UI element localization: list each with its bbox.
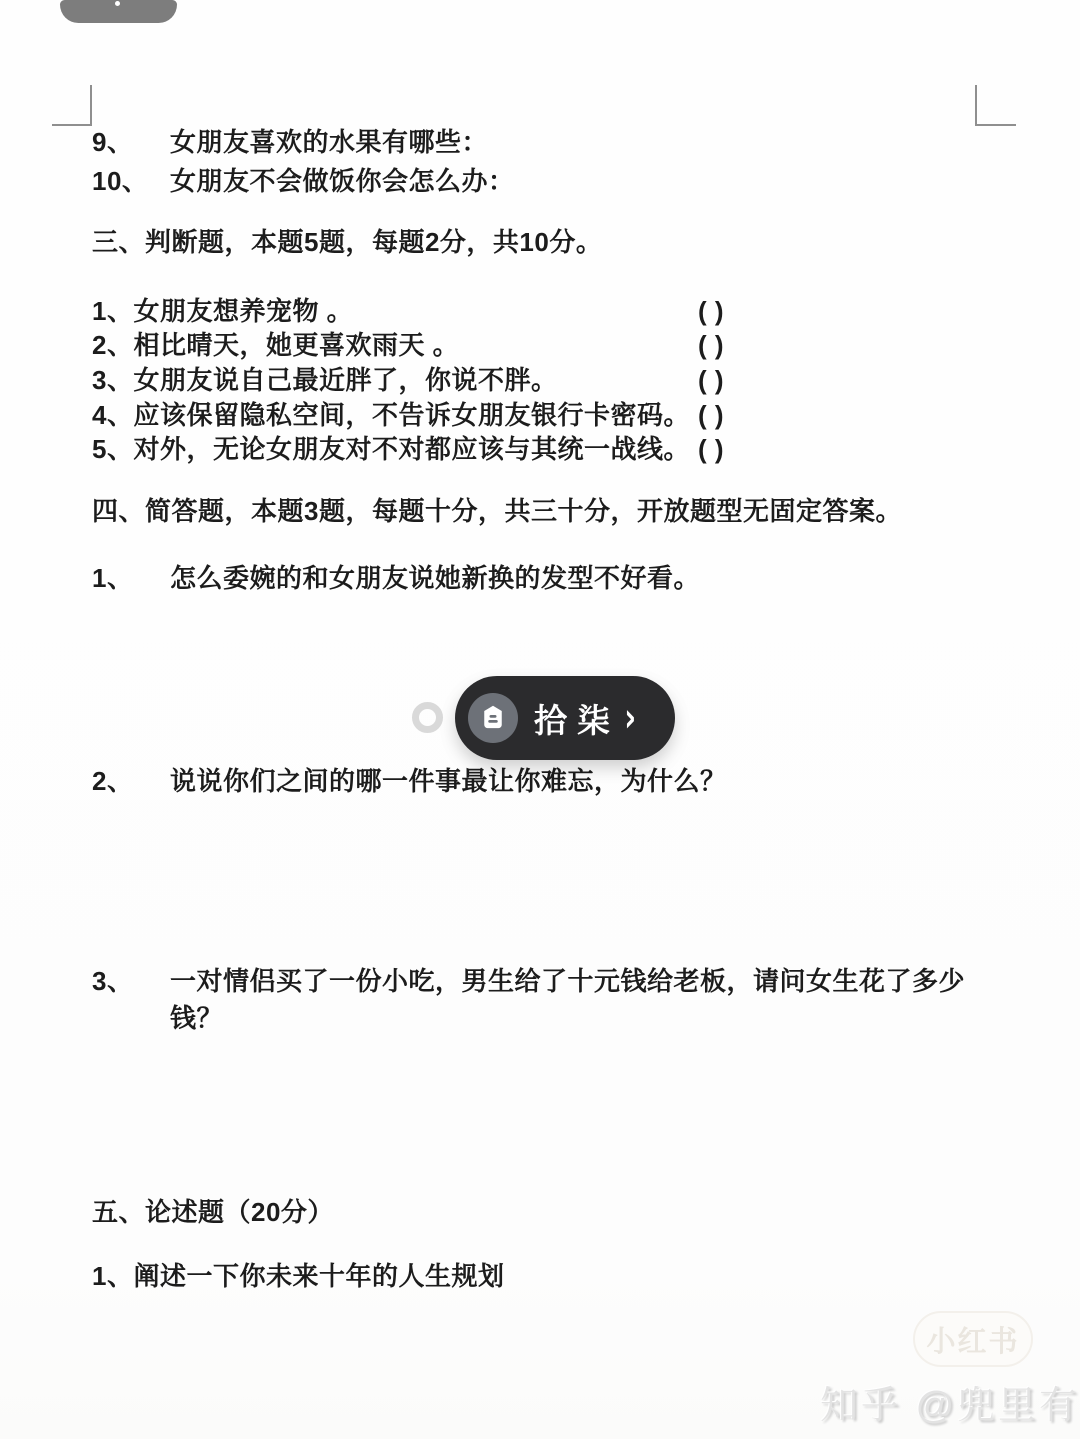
question-text: 怎么委婉的和女朋友说她新换的发型不好看。	[170, 563, 700, 593]
judge-item-text: 1、女朋友想养宠物 。	[92, 296, 353, 326]
judge-item-text: 4、应该保留隐私空间，不告诉女朋友银行卡密码。	[92, 400, 690, 430]
floating-widget[interactable]: 拾柒 ›	[455, 676, 675, 760]
zhihu-watermark: 知乎 @兜里有糖	[820, 1374, 1080, 1429]
page-indicator-bubble[interactable]	[60, 0, 177, 23]
fill-question-10: 10、 女朋友不会做饭你会怎么办：	[92, 166, 515, 196]
bubble-dot	[115, 1, 120, 6]
judge-item-text: 5、对外，无论女朋友对不对都应该与其统一战线。	[92, 434, 690, 464]
judge-item-4: 4、应该保留隐私空间，不告诉女朋友银行卡密码。 ( )	[92, 400, 724, 430]
question-number: 1、	[92, 563, 170, 593]
short-item-2: 2、 说说你们之间的哪一件事最让你难忘，为什么？	[92, 766, 727, 796]
question-text: 说说你们之间的哪一件事最让你难忘，为什么？	[170, 766, 727, 796]
short-item-3: 3、 一对情侣买了一份小吃，男生给了十元钱给老板，请问女生花了多少钱？	[92, 963, 970, 1037]
xiaohongshu-watermark: 小红书	[913, 1311, 1033, 1367]
judge-item-2: 2、相比晴天，她更喜欢雨天 。 ( )	[92, 330, 724, 360]
question-number: 9、	[92, 127, 170, 157]
section-judge-heading: 三、判断题，本题5题，每题2分，共10分。	[92, 227, 602, 257]
section-essay-heading: 五、论述题（20分）	[92, 1197, 334, 1227]
answer-bracket: ( )	[698, 330, 724, 360]
question-text: 女朋友喜欢的水果有哪些：	[170, 127, 488, 157]
fill-question-9: 9、 女朋友喜欢的水果有哪些：	[92, 127, 488, 157]
question-number: 3、	[92, 963, 170, 1037]
essay-item-1: 1、阐述一下你未来十年的人生规划	[92, 1261, 504, 1291]
judge-item-5: 5、对外，无论女朋友对不对都应该与其统一战线。 ( )	[92, 434, 724, 464]
answer-bracket: ( )	[698, 434, 724, 464]
question-number: 10、	[92, 166, 170, 196]
widget-label: 拾柒	[534, 695, 620, 742]
question-text: 女朋友不会做饭你会怎么办：	[170, 166, 515, 196]
badge-icon	[478, 703, 508, 733]
judge-item-text: 3、女朋友说自己最近胖了，你说不胖。	[92, 365, 557, 395]
judge-item-text: 2、相比晴天，她更喜欢雨天 。	[92, 330, 459, 360]
judge-item-1: 1、女朋友想养宠物 。 ( )	[92, 296, 724, 326]
answer-bracket: ( )	[698, 365, 724, 395]
answer-bracket: ( )	[698, 400, 724, 430]
answer-bracket: ( )	[698, 296, 724, 326]
short-item-1: 1、 怎么委婉的和女朋友说她新换的发型不好看。	[92, 563, 700, 593]
section-short-heading: 四、简答题，本题3题，每题十分，共三十分，开放题型无固定答案。	[92, 496, 902, 526]
question-text: 一对情侣买了一份小吃，男生给了十元钱给老板，请问女生花了多少钱？	[170, 963, 970, 1037]
judge-item-3: 3、女朋友说自己最近胖了，你说不胖。 ( )	[92, 365, 724, 395]
widget-drag-dot[interactable]	[412, 702, 443, 733]
xiaohongshu-watermark-text: 小红书	[926, 1319, 1019, 1360]
page-corner-mark-left	[52, 85, 92, 126]
question-number: 2、	[92, 766, 170, 796]
page-corner-mark-right	[975, 85, 1016, 126]
chevron-right-icon[interactable]: ›	[624, 698, 636, 738]
widget-avatar	[468, 693, 518, 743]
